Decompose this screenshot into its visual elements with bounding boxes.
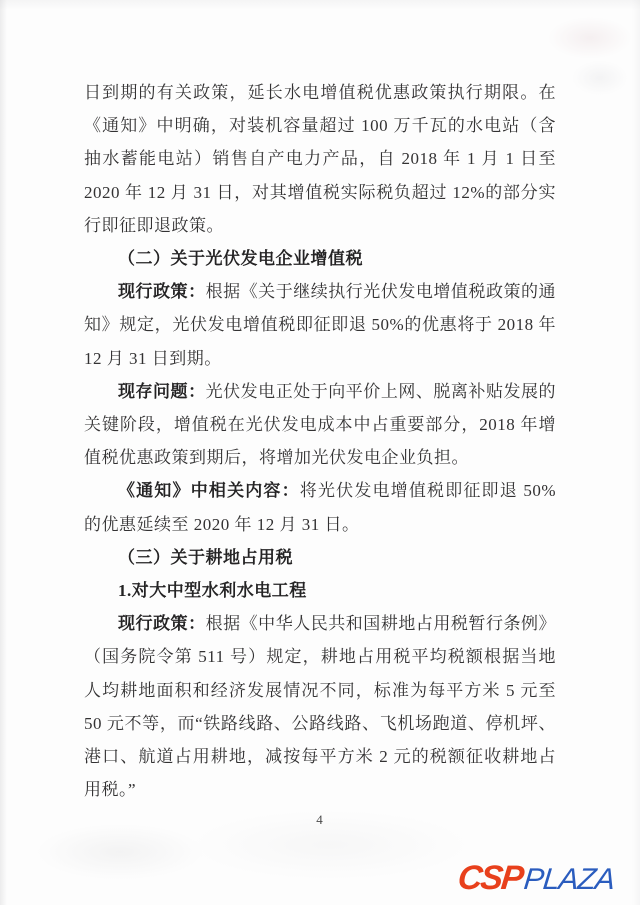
paragraph-text: 根据《中华人民共和国耕地占用税暂行条例》（国务院令第 511 号）规定，耕地占用… [84,614,556,799]
logo-csp-text: CSP [456,861,523,895]
section-heading: 1.对大中型水利水电工程 [84,574,556,607]
logo-plaza-text: PLAZA [522,865,615,895]
paragraph: 《通知》中相关内容：将光伏发电增值税即征即退 50%的优惠延续至 2020 年 … [84,474,556,540]
paragraph-text: 日到期的有关政策，延长水电增值税优惠政策执行期限。在《通知》中明确，对装机容量超… [84,83,556,235]
csp-plaza-logo: CSPPLAZA [458,861,614,895]
paragraph: 现存问题：光伏发电正处于向平价上网、脱离补贴发展的关键阶段，增值税在光伏发电成本… [84,375,556,475]
paragraph: 日到期的有关政策，延长水电增值税优惠政策执行期限。在《通知》中明确，对装机容量超… [84,76,556,242]
heading-text: （三）关于耕地占用税 [118,548,293,567]
heading-text: 1.对大中型水利水电工程 [118,581,307,600]
paragraph-lead: 现行政策： [118,614,206,633]
document-body: 日到期的有关政策，延长水电增值税优惠政策执行期限。在《通知》中明确，对装机容量超… [84,76,556,806]
paragraph-lead: 现存问题： [118,382,206,401]
section-heading: （二）关于光伏发电企业增值税 [84,242,556,275]
heading-text: （二）关于光伏发电企业增值税 [118,249,363,268]
paragraph: 现行政策：根据《中华人民共和国耕地占用税暂行条例》（国务院令第 511 号）规定… [84,607,556,806]
page-number: 4 [84,812,556,828]
paragraph-lead: 《通知》中相关内容： [118,481,300,500]
paragraph: 现行政策：根据《关于继续执行光伏发电增值税政策的通知》规定，光伏发电增值税即征即… [84,275,556,375]
paragraph-lead: 现行政策： [118,282,206,301]
section-heading: （三）关于耕地占用税 [84,541,556,574]
